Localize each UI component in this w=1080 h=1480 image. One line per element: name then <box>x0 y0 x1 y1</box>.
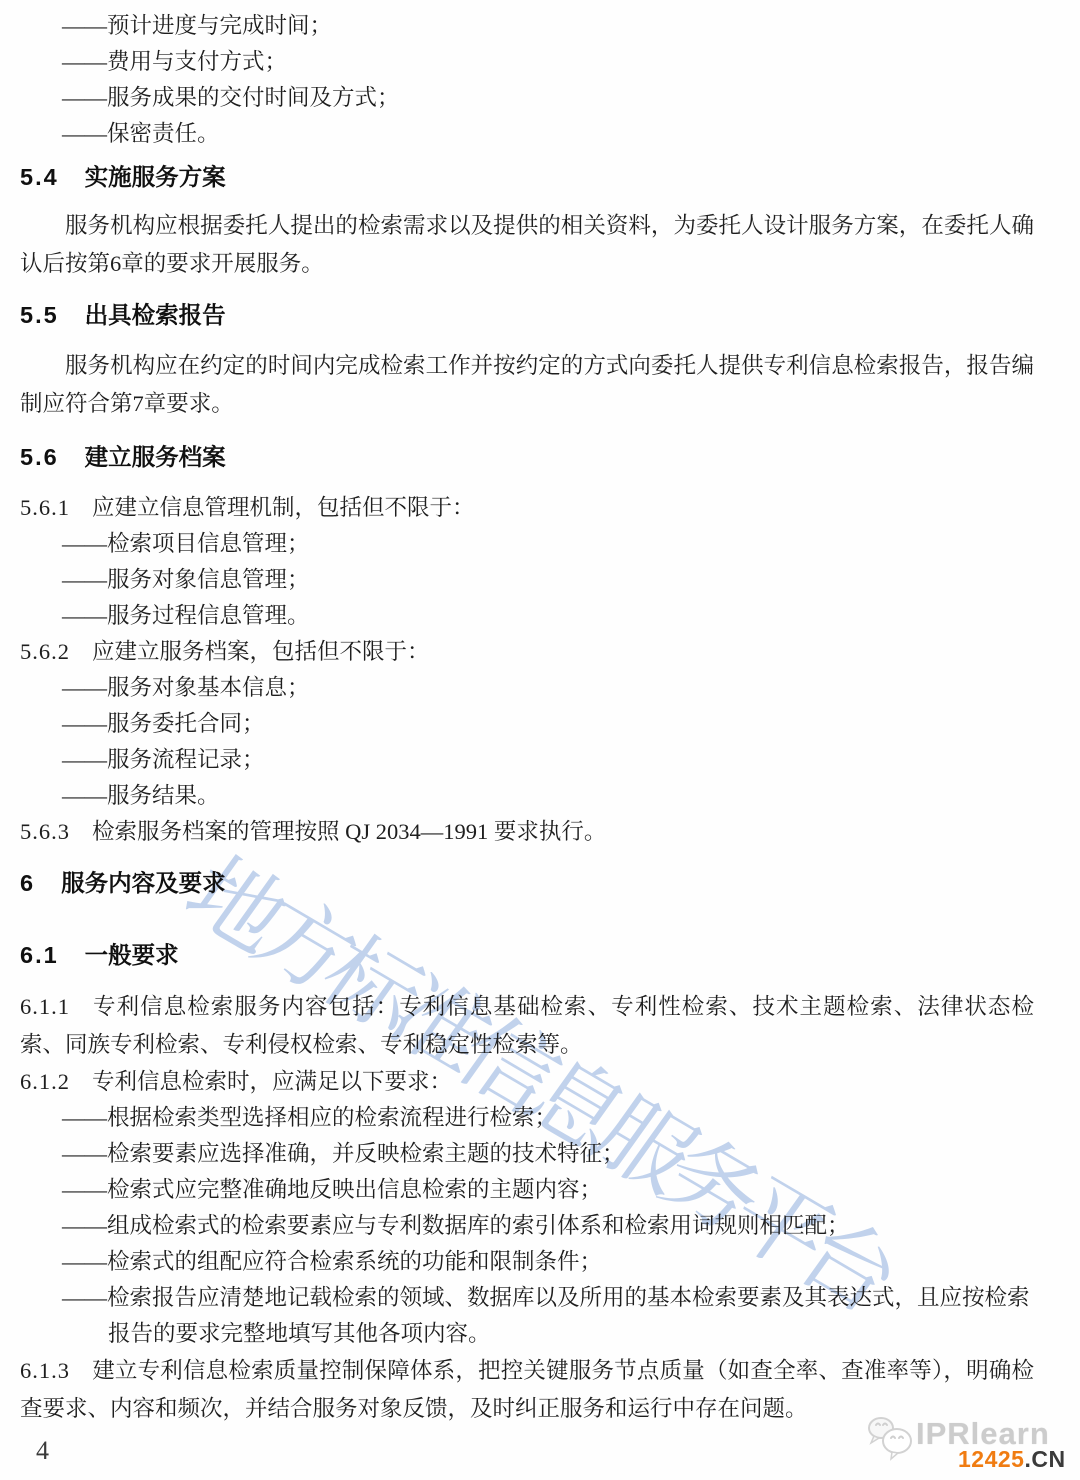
section-heading-5-5: 5.5 出具检索报告 <box>20 298 1034 332</box>
section-heading-6-1: 6.1 一般要求 <box>20 938 1034 972</box>
section-heading-5-4: 5.4 实施服务方案 <box>20 160 1034 194</box>
paragraph: 服务机构应在约定的时间内完成检索工作并按约定的方式向委托人提供专利信息检索报告，… <box>20 347 1034 423</box>
document-body: ——预计进度与完成时间； ——费用与支付方式； ——服务成果的交付时间及方式； … <box>0 0 1080 1428</box>
heading-title: 出具检索报告 <box>85 298 226 332</box>
list-item: ——服务对象基本信息； <box>62 670 1034 706</box>
clause-text: 检索服务档案的管理按照 QJ 2034—1991 要求执行。 <box>92 819 606 844</box>
clause-6-1-2: 6.1.2专利信息检索时，应满足以下要求： <box>20 1064 1034 1100</box>
iprlearn-logo: IPRlearn 12425.CN <box>862 1408 1072 1474</box>
heading-title: 建立服务档案 <box>85 440 226 474</box>
clause-text: 专利信息检索服务内容包括：专利信息基础检索、专利性检索、技术主题检索、法律状态检… <box>20 994 1034 1057</box>
clause-5-6-3: 5.6.3检索服务档案的管理按照 QJ 2034—1991 要求执行。 <box>20 814 1034 850</box>
list-item: ——根据检索类型选择相应的检索流程进行检索； <box>62 1100 1034 1136</box>
wechat-icon <box>866 1414 916 1466</box>
clause-5-6-2: 5.6.2应建立服务档案，包括但不限于： <box>20 634 1034 670</box>
site-number: 12425 <box>958 1446 1024 1472</box>
clause-text: 专利信息检索时，应满足以下要求： <box>92 1069 452 1094</box>
clause-number: 6.1.2 <box>20 1069 70 1094</box>
list-item: ——服务成果的交付时间及方式； <box>62 80 1034 116</box>
site-url: 12425.CN <box>958 1446 1066 1473</box>
list-item: ——费用与支付方式； <box>62 44 1034 80</box>
clause-text: 应建立信息管理机制，包括但不限于： <box>92 495 475 520</box>
list-item: ——组成检索式的检索要素应与专利数据库的索引体系和检索用词规则相匹配； <box>62 1208 1034 1244</box>
clause-5-6-1: 5.6.1应建立信息管理机制，包括但不限于： <box>20 490 1034 526</box>
heading-number: 5.6 <box>20 440 59 474</box>
clause-text: 应建立服务档案，包括但不限于： <box>92 639 430 664</box>
heading-number: 5.4 <box>20 160 59 194</box>
page-number: 4 <box>36 1436 49 1466</box>
heading-title: 实施服务方案 <box>85 160 226 194</box>
clause-6-1-1: 6.1.1专利信息检索服务内容包括：专利信息基础检索、专利性检索、技术主题检索、… <box>20 988 1034 1064</box>
list-item: ——服务流程记录； <box>62 742 1034 778</box>
list-item: ——服务过程信息管理。 <box>62 598 1034 634</box>
list-item: ——检索项目信息管理； <box>62 526 1034 562</box>
heading-number: 6.1 <box>20 938 59 972</box>
clause-number: 6.1.1 <box>20 994 70 1019</box>
list-item: ——服务对象信息管理； <box>62 562 1034 598</box>
heading-number: 5.5 <box>20 298 59 332</box>
document-page: 地方标准信息服务平台 ——预计进度与完成时间； ——费用与支付方式； ——服务成… <box>0 0 1080 1480</box>
list-item: ——服务委托合同； <box>62 706 1034 742</box>
clause-number: 5.6.1 <box>20 495 70 520</box>
list-item: ——服务结果。 <box>62 778 1034 814</box>
intro-dash-list: ——预计进度与完成时间； ——费用与支付方式； ——服务成果的交付时间及方式； … <box>20 8 1034 152</box>
list-item: ——检索报告应清楚地记载检索的领域、数据库以及所用的基本检索要素及其表达式，且应… <box>62 1280 1034 1352</box>
section-heading-6: 6 服务内容及要求 <box>20 866 1034 900</box>
heading-title: 一般要求 <box>85 938 179 972</box>
paragraph: 服务机构应根据委托人提出的检索需求以及提供的相关资料，为委托人设计服务方案，在委… <box>20 207 1034 283</box>
list-item: ——预计进度与完成时间； <box>62 8 1034 44</box>
clause-number: 5.6.2 <box>20 639 70 664</box>
section-heading-5-6: 5.6 建立服务档案 <box>20 440 1034 474</box>
list-item: ——检索式应完整准确地反映出信息检索的主题内容； <box>62 1172 1034 1208</box>
list-item: ——保密责任。 <box>62 116 1034 152</box>
site-suffix: .CN <box>1024 1446 1065 1472</box>
heading-title: 服务内容及要求 <box>61 866 226 900</box>
clause-number: 5.6.3 <box>20 819 70 844</box>
list-item: ——检索要素应选择准确，并反映检索主题的技术特征； <box>62 1136 1034 1172</box>
clause-number: 6.1.3 <box>20 1358 70 1383</box>
list-item: ——检索式的组配应符合检索系统的功能和限制条件； <box>62 1244 1034 1280</box>
heading-number: 6 <box>20 866 35 900</box>
